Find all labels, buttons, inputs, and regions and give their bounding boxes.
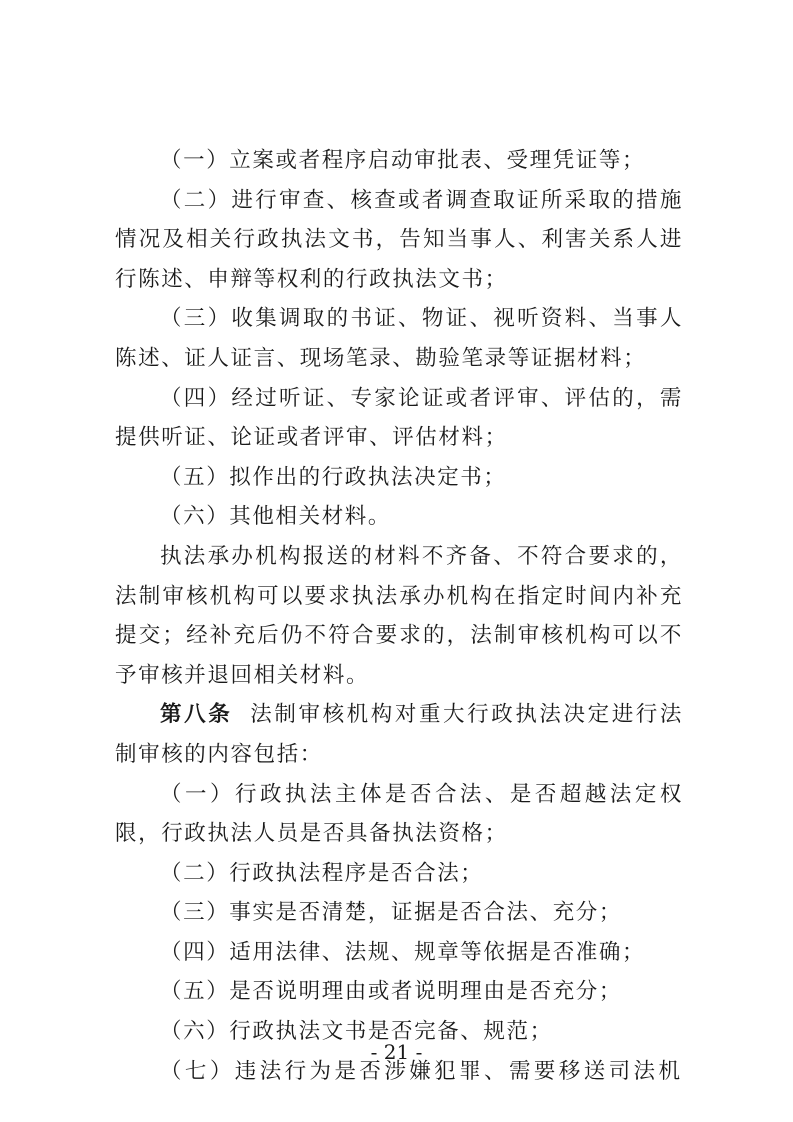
paragraph-4: （四）经过听证、专家论证或者评审、评估的，需提供听证、论证或者评审、评估材料； xyxy=(115,379,683,458)
item-5: （五）是否说明理由或者说明理由是否充分； xyxy=(115,972,683,1012)
paragraph-7: 执法承办机构报送的材料不齐备、不符合要求的，法制审核机构可以要求执法承办机构在指… xyxy=(115,537,683,695)
paragraph-6: （六）其他相关材料。 xyxy=(115,497,683,537)
document-page: （一）立案或者程序启动审批表、受理凭证等； （二）进行审查、核查或者调查取证所采… xyxy=(115,141,683,1091)
item-3: （三）事实是否清楚，证据是否合法、充分； xyxy=(115,893,683,933)
paragraph-5: （五）拟作出的行政执法决定书； xyxy=(115,458,683,498)
item-1: （一）行政执法主体是否合法、是否超越法定权限，行政执法人员是否具备执法资格； xyxy=(115,775,683,854)
article-label: 第八条 xyxy=(160,702,232,727)
article-8: 第八条法制审核机构对重大行政执法决定进行法制审核的内容包括： xyxy=(115,695,683,774)
paragraph-1: （一）立案或者程序启动审批表、受理凭证等； xyxy=(115,141,683,181)
paragraph-3: （三）收集调取的书证、物证、视听资料、当事人陈述、证人证言、现场笔录、勘验笔录等… xyxy=(115,299,683,378)
item-2: （二）行政执法程序是否合法； xyxy=(115,854,683,894)
item-4: （四）适用法律、法规、规章等依据是否准确； xyxy=(115,933,683,973)
paragraph-2: （二）进行审查、核查或者调查取证所采取的措施情况及相关行政执法文书，告知当事人、… xyxy=(115,181,683,300)
page-number: - 21 - xyxy=(0,1040,793,1064)
